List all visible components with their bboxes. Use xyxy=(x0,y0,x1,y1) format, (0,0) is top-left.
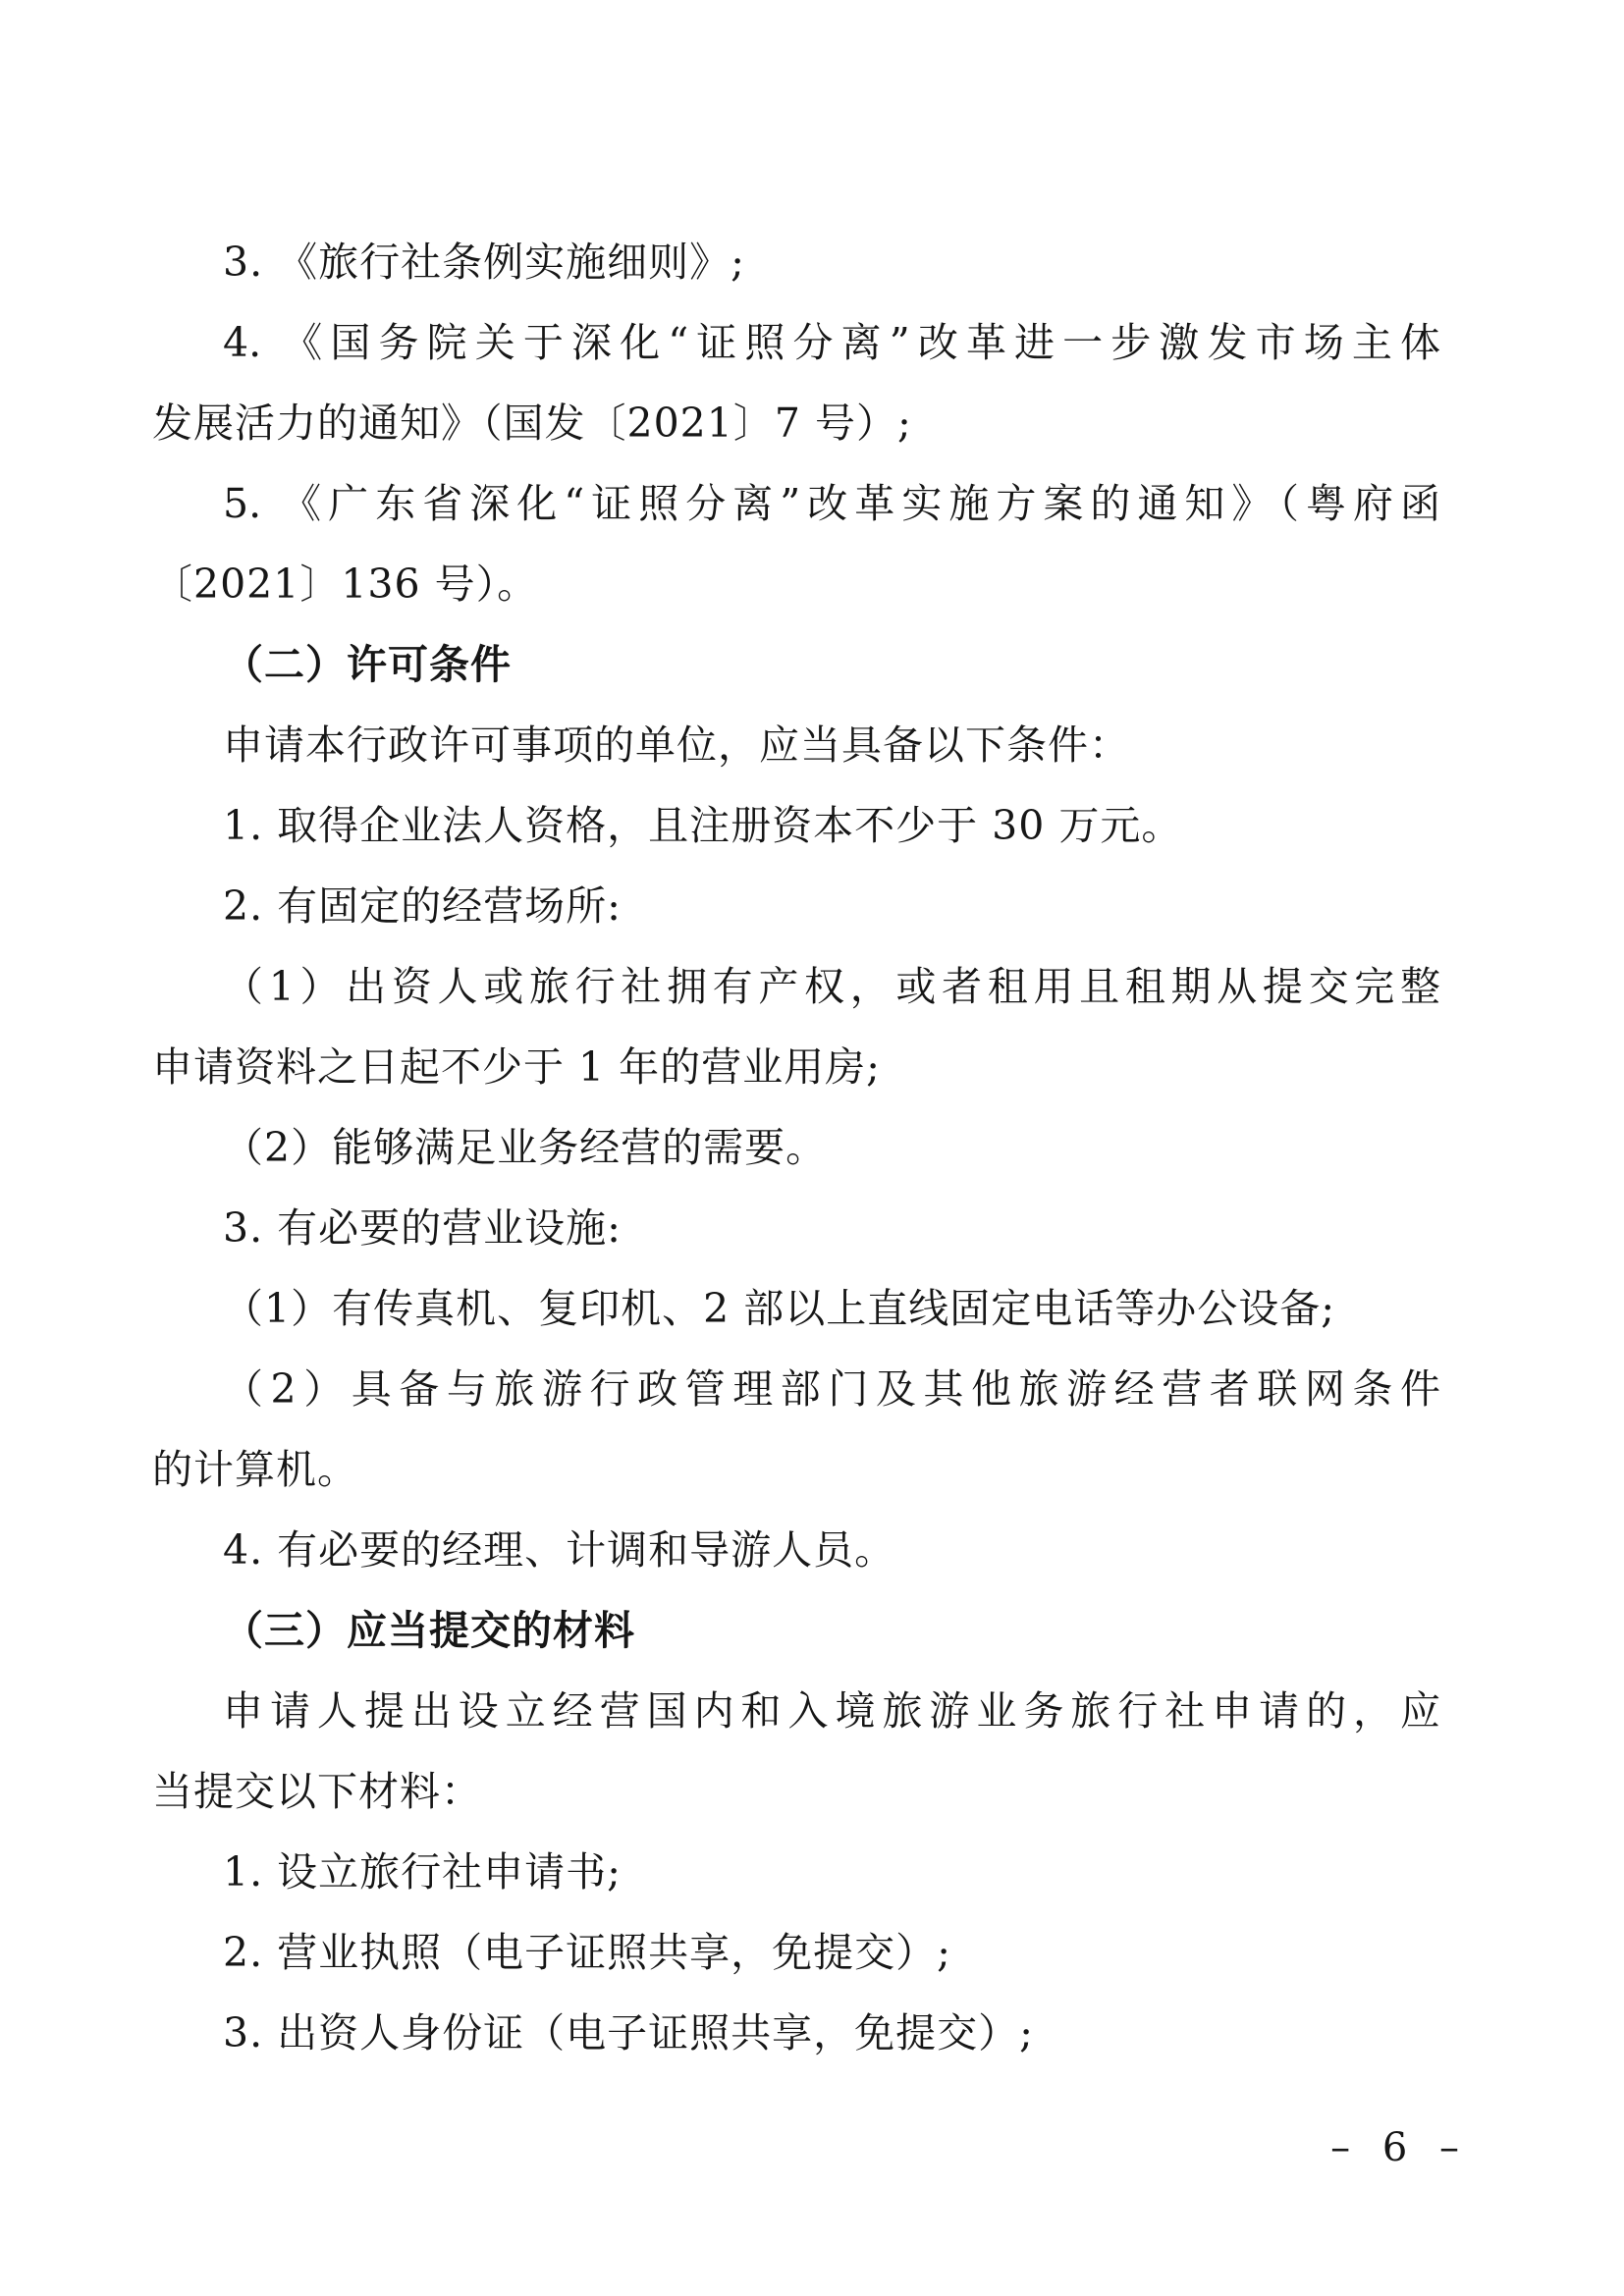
text-line: 1. 设立旅行社申请书; xyxy=(152,1832,1440,1912)
text-line: 2. 营业执照（电子证照共享，免提交）; xyxy=(152,1912,1440,1993)
text-line: （1）有传真机、复印机、2 部以上直线固定电话等办公设备; xyxy=(152,1268,1440,1349)
text-line: （2）能够满足业务经营的需要。 xyxy=(152,1107,1440,1188)
text-line: 申请本行政许可事项的单位，应当具备以下条件： xyxy=(152,705,1440,785)
page-number: – 6 – xyxy=(1330,2120,1469,2175)
text-line: 申请资料之日起不少于 1 年的营业用房; xyxy=(152,1027,1440,1107)
document-body: 3. 《旅行社条例实施细则》; 4. 《国务院关于深化“证照分离”改革进一步激发… xyxy=(152,222,1440,2073)
text-line: 1. 取得企业法人资格，且注册资本不少于 30 万元。 xyxy=(152,785,1440,866)
text-line: 申请人提出设立经营国内和入境旅游业务旅行社申请的，应 xyxy=(152,1671,1440,1751)
text-line: 4. 《国务院关于深化“证照分离”改革进一步激发市场主体 xyxy=(152,302,1440,383)
section-heading: （三）应当提交的材料 xyxy=(152,1590,1440,1671)
document-page: 3. 《旅行社条例实施细则》; 4. 《国务院关于深化“证照分离”改革进一步激发… xyxy=(0,0,1624,2296)
section-heading: （二）许可条件 xyxy=(152,624,1440,705)
text-line: 3. 有必要的营业设施: xyxy=(152,1188,1440,1268)
text-line: 的计算机。 xyxy=(152,1429,1440,1510)
text-line: （2）具备与旅游行政管理部门及其他旅游经营者联网条件 xyxy=(152,1349,1440,1429)
text-line: 发展活力的通知》（国发〔2021〕7 号）; xyxy=(152,383,1440,463)
text-line: 2. 有固定的经营场所: xyxy=(152,866,1440,946)
text-line: 3. 《旅行社条例实施细则》; xyxy=(152,222,1440,302)
text-line: 当提交以下材料： xyxy=(152,1751,1440,1832)
text-line: （1）出资人或旅行社拥有产权，或者租用且租期从提交完整 xyxy=(152,946,1440,1027)
text-line: 4. 有必要的经理、计调和导游人员。 xyxy=(152,1510,1440,1590)
text-line: 〔2021〕136 号）。 xyxy=(152,544,1440,624)
text-line: 3. 出资人身份证（电子证照共享，免提交）; xyxy=(152,1993,1440,2073)
text-line: 5. 《广东省深化“证照分离”改革实施方案的通知》（粤府函 xyxy=(152,463,1440,544)
